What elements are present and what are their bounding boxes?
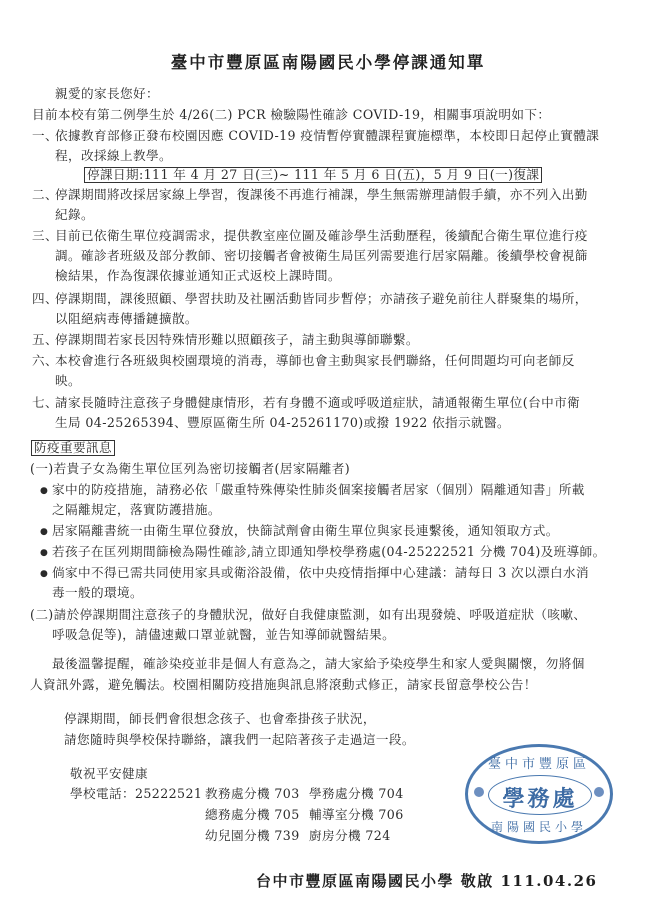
school-phone: 學校電話：25222521: [70, 787, 202, 801]
stamp-inner-ring: 學務處: [488, 775, 592, 815]
extension: 廚房分機 724: [309, 829, 391, 843]
prevention-section2-text: (二)請於停課期間注意孩子的身體狀況，做好自我健康監測，如有出現發燒、呼吸道症狀…: [30, 608, 586, 622]
bullet-icon: ●: [40, 486, 48, 496]
bullet-text: 若孩子在匡列期間篩檢為陽性確診,請立即通知學校學務處(04-25222521 分…: [52, 545, 606, 559]
closing-text: 停課期間，師長們會很想念孩子、也會牽掛孩子狀況，: [64, 712, 376, 726]
extension: 學務處分機 704: [309, 787, 404, 801]
item-text: 依據教育部修正發布校園因應 COVID-19 疫情暫停實體課程實施標準，本校即日…: [55, 129, 599, 143]
notice-document: 臺中市豐原區南陽國民小學停課通知單 親愛的家長您好： 目前本校有第二例學生於 4…: [0, 0, 656, 922]
item-text: 目前已依衛生單位疫調需求，提供教室座位圖及確診學生活動歷程，後續配合衛生單位進行…: [55, 229, 588, 243]
stamp-flower-icon: [594, 787, 604, 797]
document-title: 臺中市豐原區南陽國民小學停課通知單: [0, 49, 656, 73]
reminder-text: 最後溫馨提醒，確診染疫並非是個人有意為之，請大家給予染疫學生和家人愛與關懷，勿將…: [52, 657, 585, 671]
stamp-flower-icon: [474, 787, 484, 797]
item-text: 調。確診者班級及部分教師、密切接觸者會被衛生局匡列需要進行居家隔離。後續學校會視…: [55, 249, 588, 263]
item-text: 生局 04-25265394、豐原區衛生所 04-25261170)或撥 192…: [55, 416, 510, 430]
bullet-text: 家中的防疫措施，請務必依「嚴重特殊傳染性肺炎個案接觸者居家（個別）隔離通知書」所…: [52, 483, 585, 497]
suspension-dates-box: 停課日期:111 年 4 月 27 日(三)~ 111 年 5 月 6 日(五)…: [84, 167, 542, 183]
item-text: 停課期間若家長因特殊情形難以照顧孩子，請主動與導師聯繫。: [55, 333, 419, 347]
stamp-bottom-text: 南陽國民小學: [468, 818, 610, 835]
bullet-text: 居家隔離書統一由衛生單位發放，快篩試劑會由衛生單位與家長連繫後，通知領取方式。: [52, 524, 559, 538]
bullet-text: 倘家中不得已需共同使用家具或衛浴設備，依中央疫情指揮中心建議：請每日 3 次以漂…: [52, 566, 589, 580]
item-text: 停課期間將改採居家線上學習，復課後不再進行補課，學生無需辦理請假手續，亦不列入出…: [55, 188, 588, 202]
prevention-section2-text: 呼吸急促等)，請儘速戴口罩並就醫，並告知導師就醫結果。: [52, 628, 395, 642]
official-stamp: 臺中市豐原區 學務處 南陽國民小學: [465, 744, 613, 844]
item-text: 程，改採線上教學。: [55, 149, 172, 163]
greeting: 親愛的家長您好：: [55, 87, 159, 101]
stamp-center-text: 學務處: [489, 782, 591, 813]
bullet-icon: ●: [40, 569, 48, 579]
salutation: 敬祝平安健康: [70, 767, 148, 781]
bullet-icon: ●: [40, 527, 48, 537]
bullet-icon: ●: [40, 548, 48, 558]
item-text: 本校會進行各班級與校園環境的消毒，導師也會主動與家長們聯絡，任何問題均可向老師反: [55, 354, 575, 368]
bullet-text: 毒一般的環境。: [52, 586, 143, 600]
bullet-text: 之隔離規定，落實防護措施。: [52, 503, 221, 517]
item-text: 以阻絕病毒傳播鏈擴散。: [55, 312, 198, 326]
prevention-section1-title: (一)若貴子女為衛生單位匡列為密切接觸者(居家隔離者): [30, 462, 350, 476]
item-text: 請家長隨時注意孩子身體健康情形，若有身體不適或呼吸道症狀，請通報衛生單位(台中市…: [55, 396, 580, 410]
closing-text: 請您隨時與學校保持聯絡，讓我們一起陪著孩子走過這一段。: [64, 733, 415, 747]
item-text: 映。: [55, 374, 81, 388]
intro-text: 目前本校有第二例學生於 4/26(二) PCR 檢驗陽性確診 COVID-19，…: [32, 108, 550, 122]
item-text: 檢結果，作為復課依據並通知正式返校上課時間。: [55, 269, 341, 283]
extension: 輔導室分機 706: [309, 808, 404, 822]
reminder-text: 人資訊外露，避免觸法。校園相關防疫措施與訊息將滾動式修正，請家長留意學校公告！: [30, 678, 537, 692]
extension: 教務處分機 703: [205, 787, 300, 801]
extension: 幼兒園分機 739: [205, 829, 300, 843]
prevention-heading: 防疫重要訊息: [31, 440, 115, 456]
signature: 台中市豐原區南陽國民小學 敬啟 111.04.26: [256, 870, 597, 891]
extension: 總務處分機 705: [205, 808, 300, 822]
item-text: 停課期間，課後照顧、學習扶助及社團活動皆同步暫停；亦請孩子避免前往人群聚集的場所…: [55, 292, 588, 306]
stamp-top-text: 臺中市豐原區: [468, 753, 610, 772]
item-text: 紀錄。: [55, 208, 94, 222]
